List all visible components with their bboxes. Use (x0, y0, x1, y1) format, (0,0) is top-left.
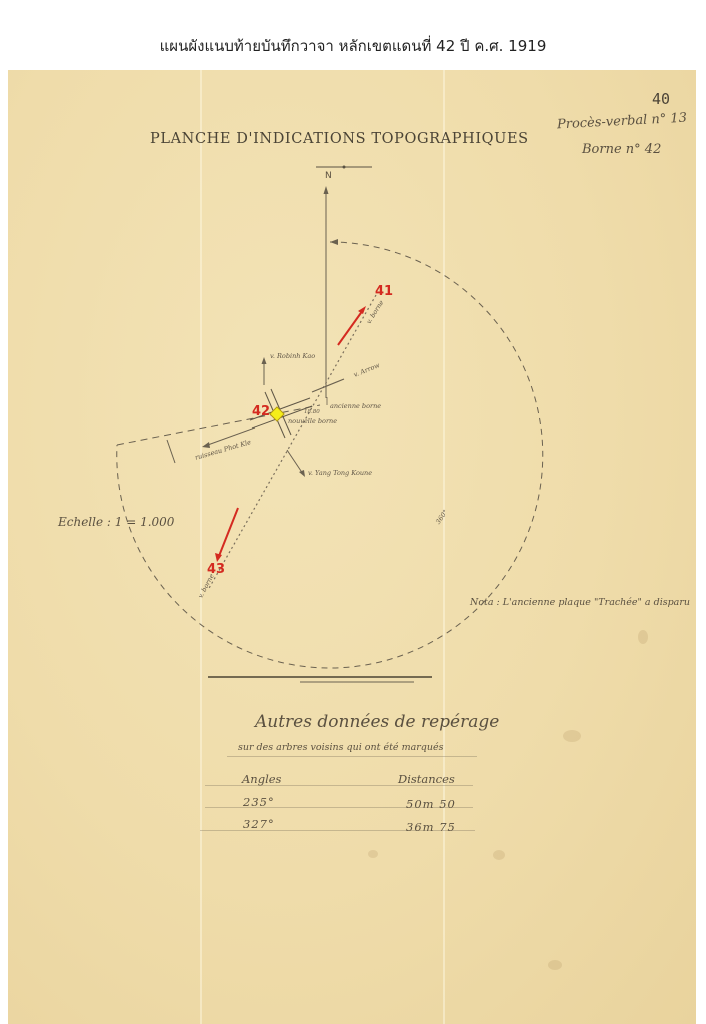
heading-underline (227, 756, 477, 757)
table-cell-angle: 235° (243, 795, 275, 809)
annotation-ancienne-borne: ancienne borne (330, 402, 381, 410)
arrow-northeast (312, 379, 344, 392)
arrow-yang-tong (287, 450, 303, 474)
column-header-angles: Angles (242, 772, 281, 786)
arrow-to-43 (219, 508, 238, 556)
annotation-robinh: v. Robinh Kao (270, 352, 315, 360)
arrow-head-43-icon (215, 553, 222, 562)
annotation-nouvelle-borne: nouvelle borne (288, 417, 337, 425)
marker-42: 42 (252, 404, 270, 419)
table-cell-angle: 327° (243, 817, 275, 831)
table-cell-distance: 36m 75 (406, 820, 456, 834)
north-label: N (325, 171, 332, 181)
marker-41: 41 (375, 284, 393, 299)
table-cell-distance: 50m 50 (406, 797, 456, 811)
reperage-subheading: sur des arbres voisins qui ont été marqu… (238, 742, 443, 753)
topographic-diagram (0, 0, 706, 1024)
arc-arrow-icon (330, 239, 338, 245)
reperage-heading: Autres données de repérage (255, 712, 499, 732)
north-arrow-icon (324, 186, 329, 194)
annotation-distance: 18.80 (304, 409, 320, 415)
bearing-arc (117, 242, 543, 668)
arrow-head-41-icon (358, 306, 366, 314)
column-header-distances: Distances (398, 772, 455, 786)
annotation-yang-tong: v. Yang Tong Koune (308, 469, 372, 477)
reference-line-west (117, 405, 320, 445)
